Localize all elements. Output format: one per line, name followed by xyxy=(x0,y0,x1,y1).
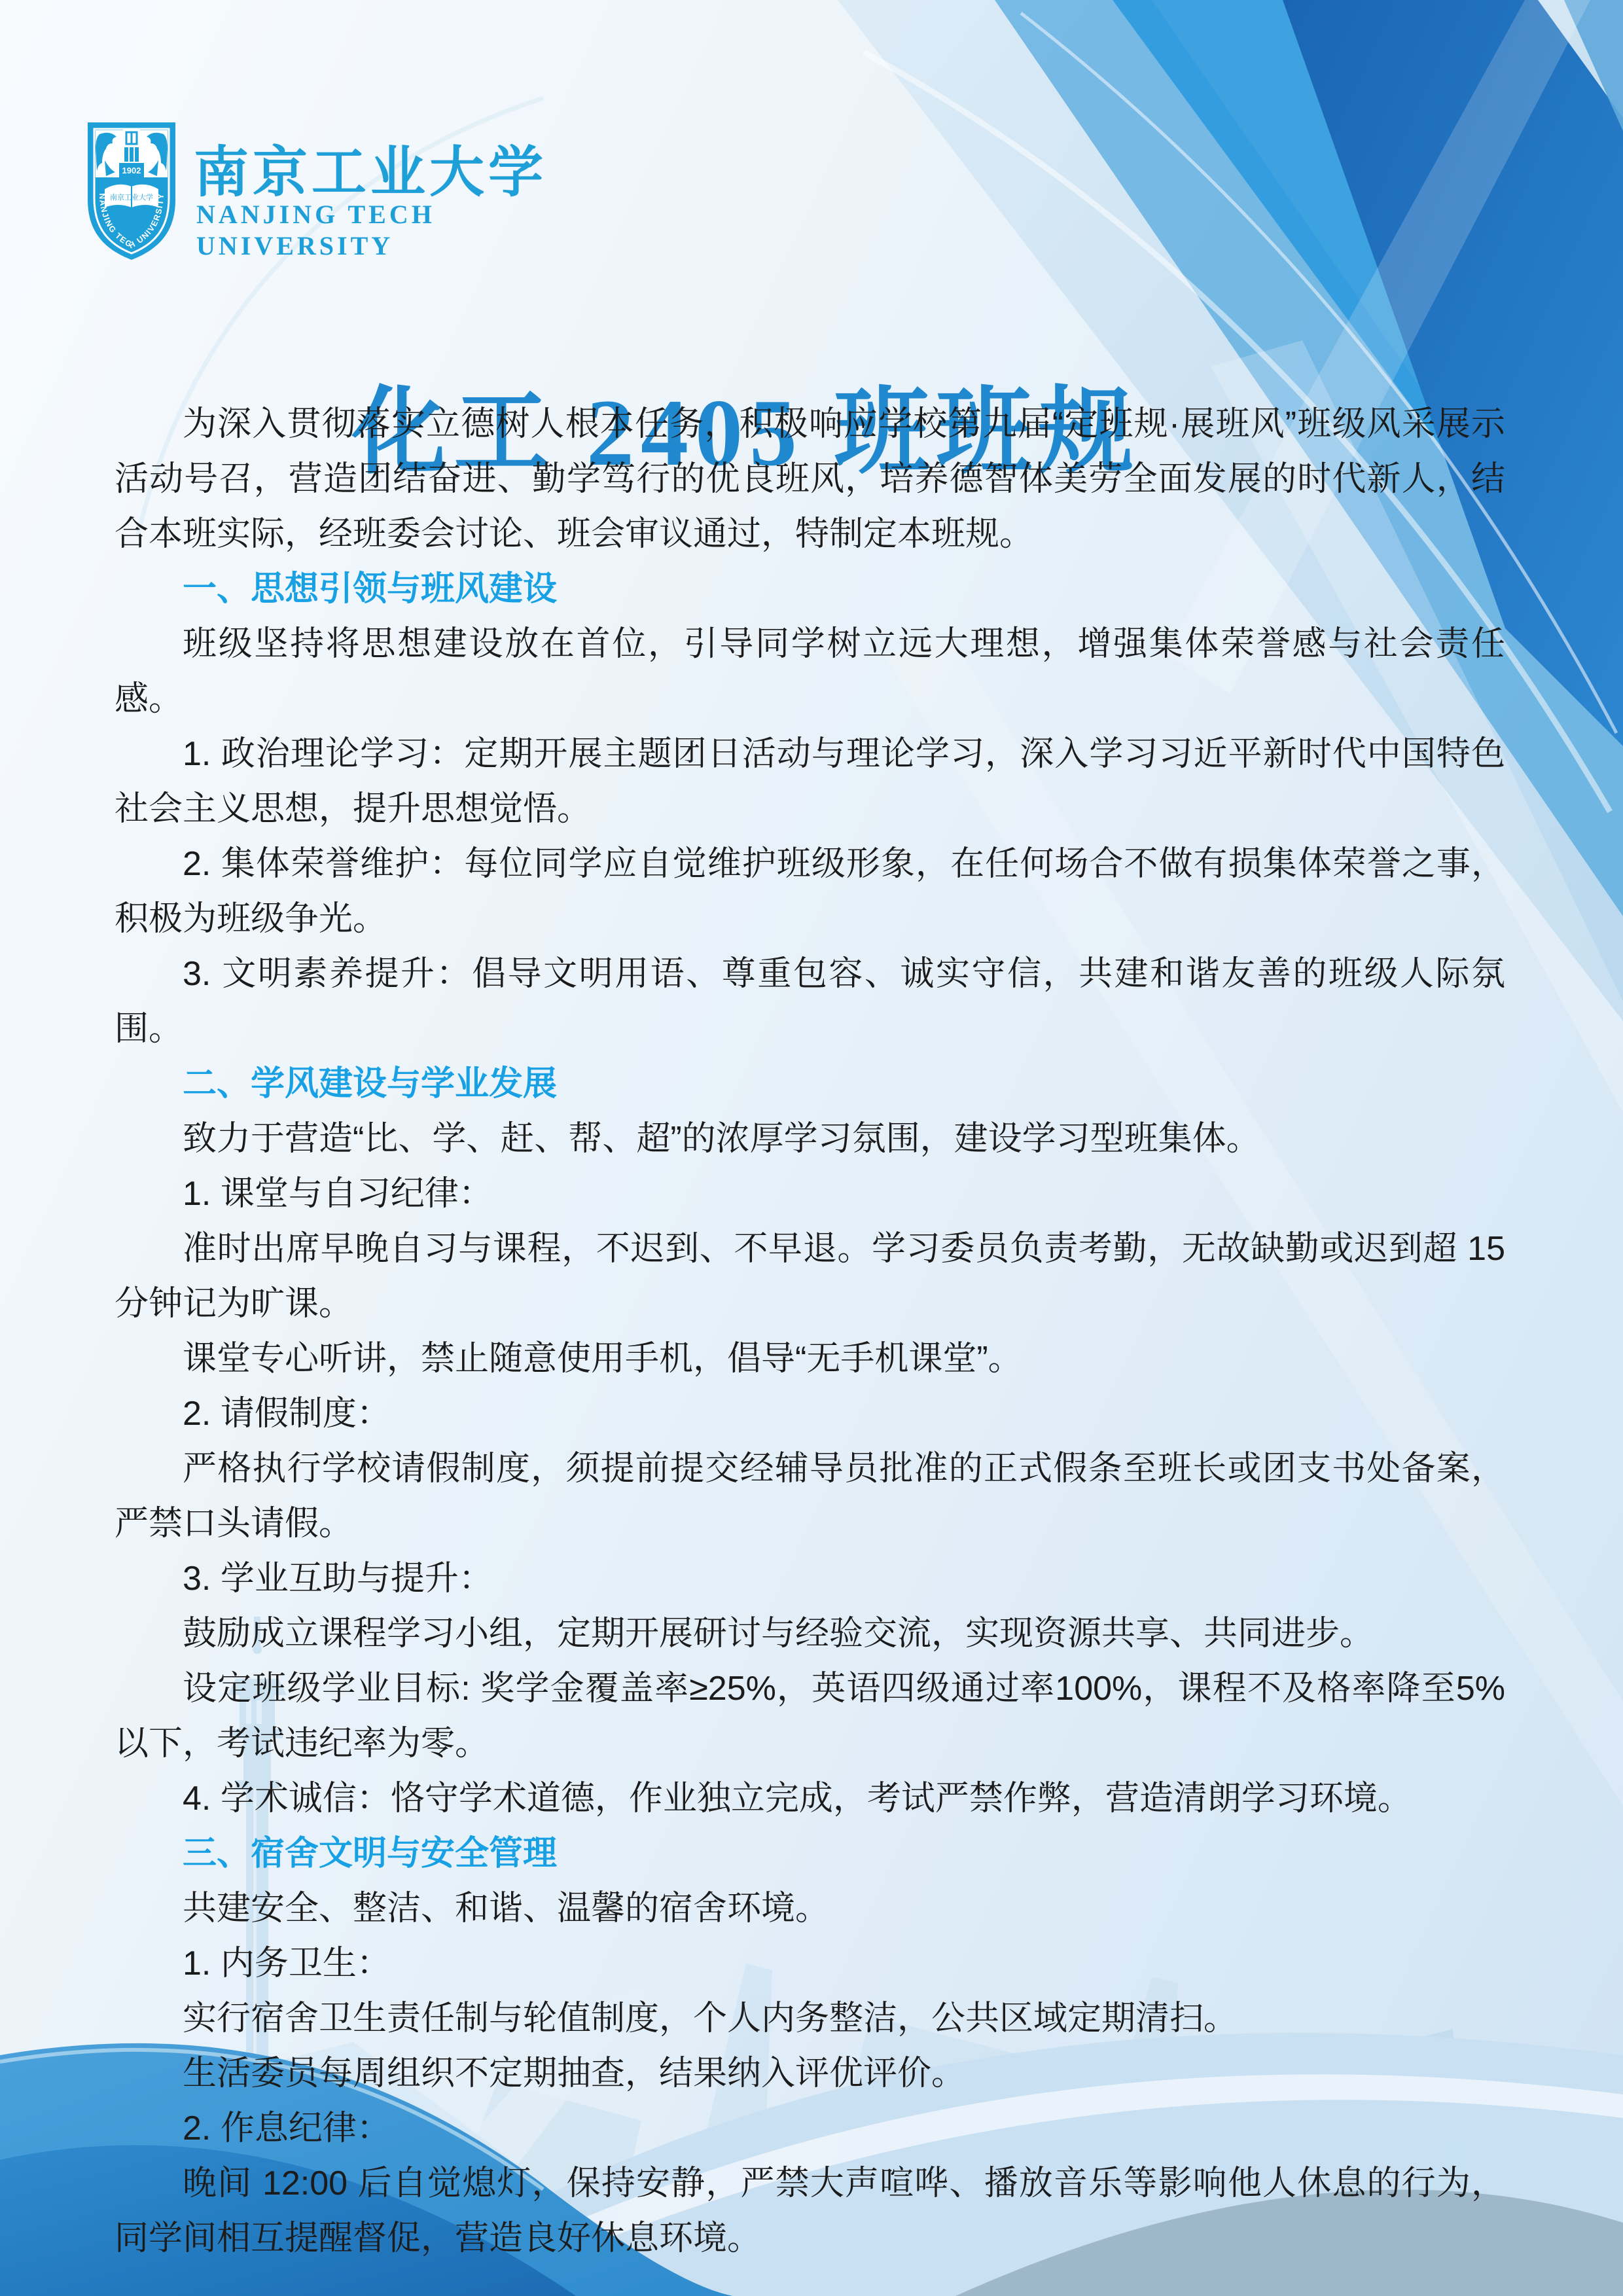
body-paragraph: 班级坚持将思想建设放在首位，引导同学树立远大理想，增强集体荣誉感与社会责任感。 xyxy=(115,617,1505,726)
body-paragraph: 2. 请假制度： xyxy=(115,1386,1505,1441)
body-paragraph: 共建安全、整洁、和谐、温馨的宿舍环境。 xyxy=(115,1881,1505,1936)
body-paragraph: 实行宿舍卫生责任制与轮值制度，个人内务整洁，公共区域定期清扫。 xyxy=(115,1991,1505,2046)
document-body: 为深入贯彻落实立德树人根本任务，积极响应学校第九届“定班规·展班风”班级风采展示… xyxy=(115,397,1505,2266)
body-paragraph: 严格执行学校请假制度，须提前提交经辅导员批准的正式假条至班长或团支书处备案，严禁… xyxy=(115,1441,1505,1551)
university-crest-icon: 1902 南京工业大学 NANJING TECH UNIVERSITY xyxy=(85,120,178,262)
body-paragraph: 课堂专心听讲，禁止随意使用手机，倡导“无手机课堂”。 xyxy=(115,1331,1505,1386)
section-heading: 三、宿舍文明与安全管理 xyxy=(115,1826,1505,1881)
body-paragraph: 生活委员每周组织不定期抽查，结果纳入评优评价。 xyxy=(115,2046,1505,2101)
university-name-english-line1: NANJING TECH xyxy=(196,199,435,230)
body-paragraph: 3. 文明素养提升：倡导文明用语、尊重包容、诚实守信，共建和谐友善的班级人际氛围… xyxy=(115,946,1505,1056)
section-heading: 二、学风建设与学业发展 xyxy=(115,1056,1505,1111)
body-paragraph: 鼓励成立课程学习小组，定期开展研讨与经验交流，实现资源共享、共同进步。 xyxy=(115,1606,1505,1661)
body-paragraph: 1. 课堂与自习纪律： xyxy=(115,1166,1505,1221)
body-paragraph: 2. 集体荣誉维护：每位同学应自觉维护班级形象，在任何场合不做有损集体荣誉之事，… xyxy=(115,836,1505,946)
body-paragraph: 为深入贯彻落实立德树人根本任务，积极响应学校第九届“定班规·展班风”班级风采展示… xyxy=(115,397,1505,562)
body-paragraph: 4. 学术诚信：恪守学术道德，作业独立完成，考试严禁作弊，营造清朗学习环境。 xyxy=(115,1771,1505,1826)
body-paragraph: 3. 学业互助与提升： xyxy=(115,1551,1505,1606)
body-paragraph: 设定班级学业目标: 奖学金覆盖率≥25%，英语四级通过率100%，课程不及格率降… xyxy=(115,1661,1505,1771)
body-paragraph: 1. 内务卫生： xyxy=(115,1936,1505,1991)
logo-book-text: 南京工业大学 xyxy=(110,192,153,202)
logo-year: 1902 xyxy=(122,166,141,175)
poster-page: 1902 南京工业大学 NANJING TECH UNIVERSITY 南京工业… xyxy=(0,0,1623,2296)
body-paragraph: 准时出席早晚自习与课程，不迟到、不早退。学习委员负责考勤，无故缺勤或迟到超 15… xyxy=(115,1221,1505,1331)
body-paragraph: 致力于营造“比、学、赶、帮、超”的浓厚学习氛围，建设学习型班集体。 xyxy=(115,1111,1505,1166)
body-paragraph: 晚间 12:00 后自觉熄灯，保持安静，严禁大声喧哗、播放音乐等影响他人休息的行… xyxy=(115,2156,1505,2266)
body-paragraph: 1. 政治理论学习：定期开展主题团日活动与理论学习，深入学习习近平新时代中国特色… xyxy=(115,726,1505,836)
body-paragraph: 2. 作息纪律： xyxy=(115,2101,1505,2156)
university-name-chinese: 南京工业大学 xyxy=(194,128,547,207)
section-heading: 一、思想引领与班风建设 xyxy=(115,562,1505,617)
university-name-english-line2: UNIVERSITY xyxy=(196,230,393,261)
